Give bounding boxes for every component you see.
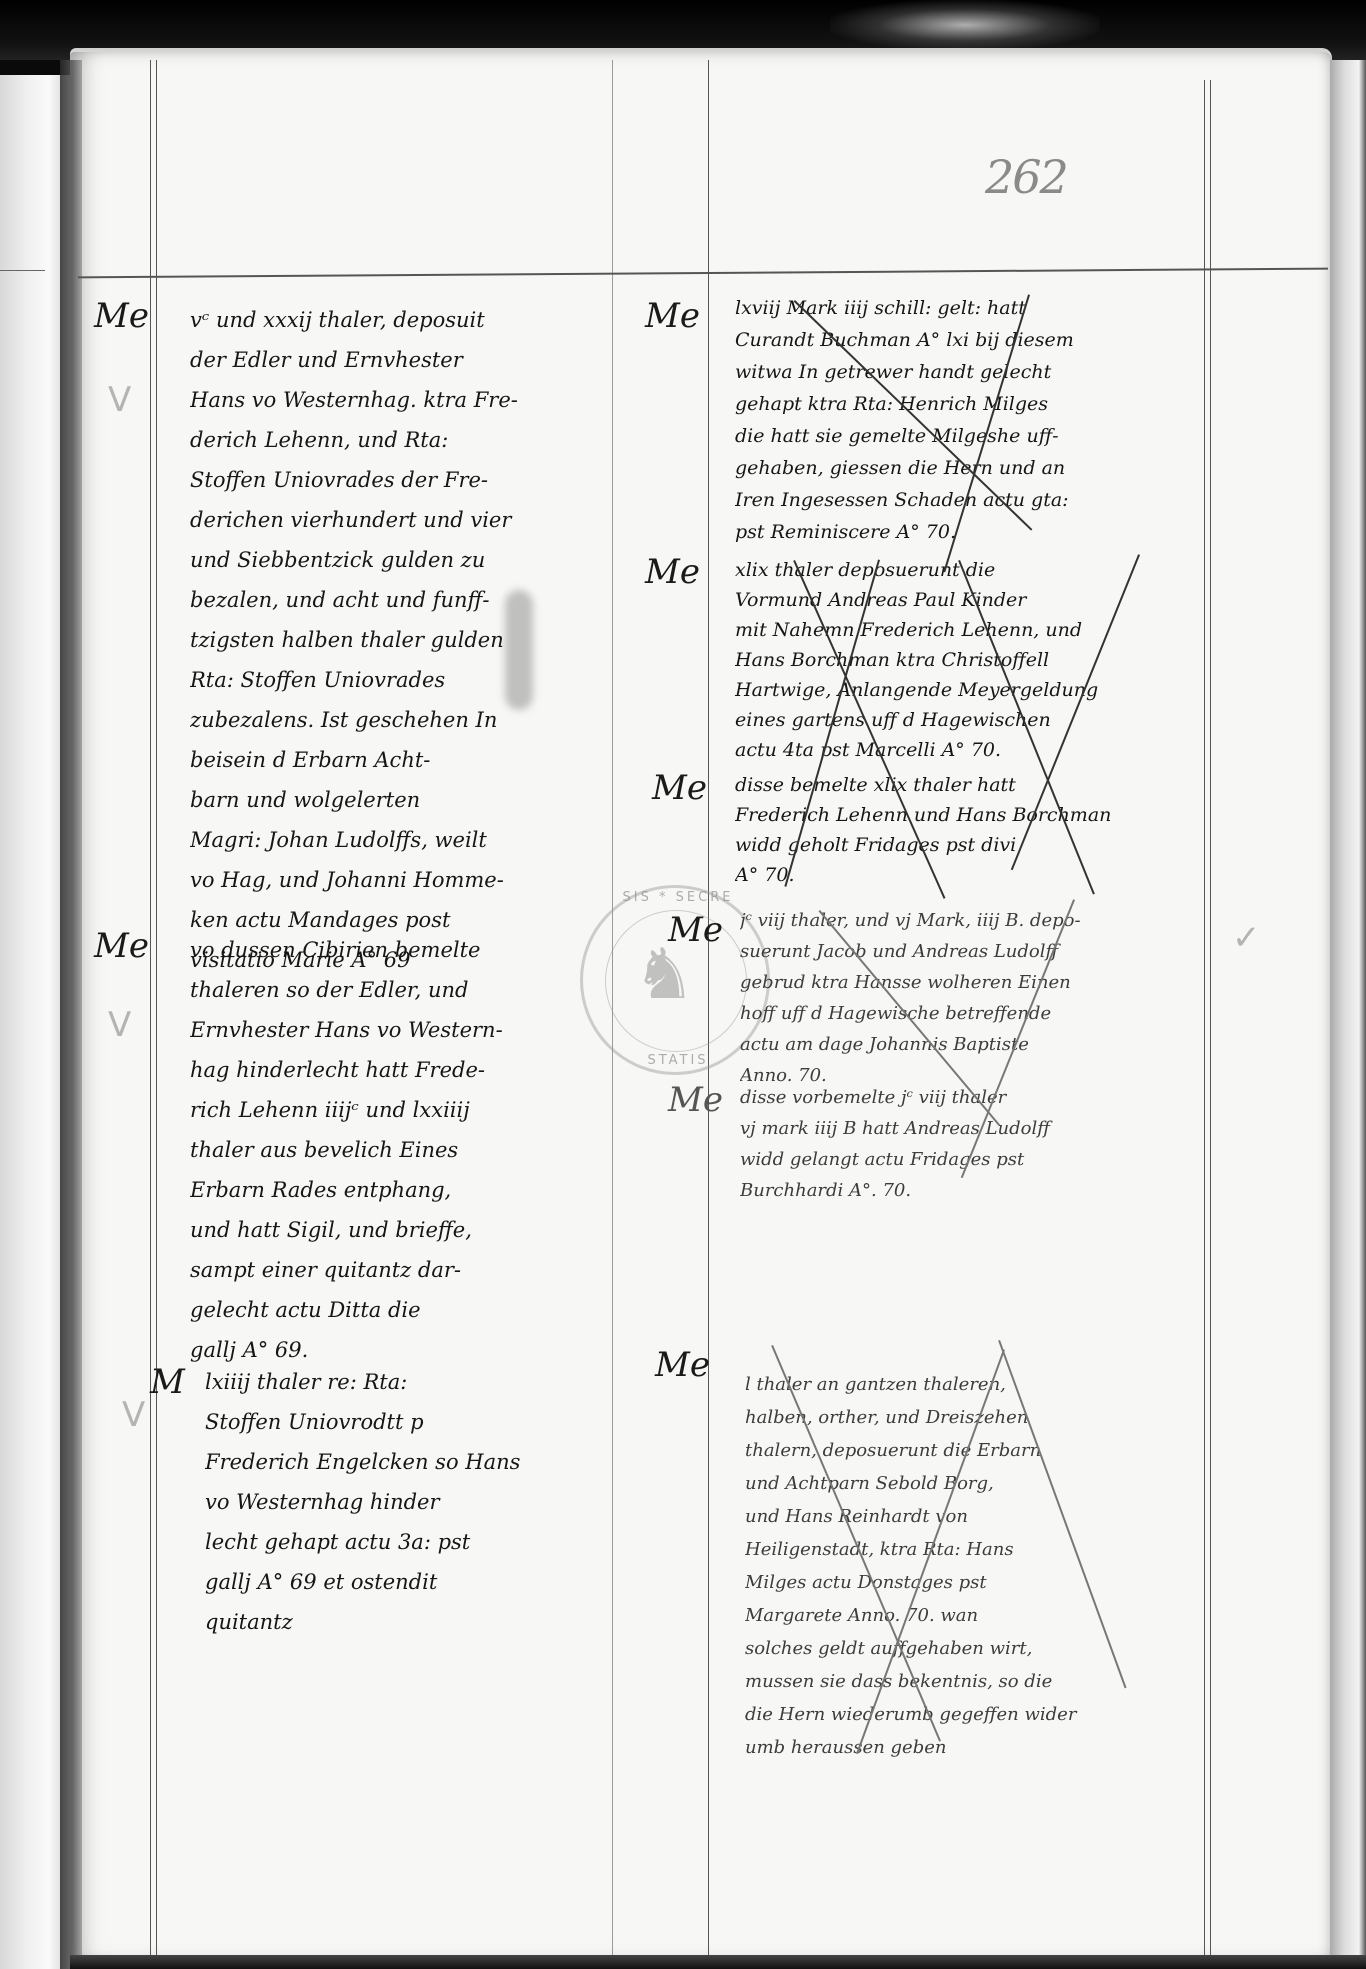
left-margin-rule-2 (156, 60, 157, 1955)
scanner-background-bottom (70, 1955, 1366, 1969)
margin-mark: M (150, 1362, 185, 1402)
seal-top-text: SIS * SECRE (593, 890, 763, 905)
previous-page-rule (0, 270, 45, 271)
seal-bottom-text: STATIS (593, 1053, 763, 1068)
document-scan: 262 SIS * SECRE ♞ STATIS Me V vᶜ und xxx… (0, 0, 1366, 1969)
check-mark-icon: V (108, 1005, 131, 1045)
margin-mark: Me (668, 1080, 723, 1120)
check-mark-icon: V (108, 380, 131, 420)
page-stack-right-edge (1330, 60, 1366, 1969)
margin-mark: Me (652, 768, 707, 808)
ledger-entry: vo dussen Cibirien bemelte thaleren so d… (190, 930, 615, 1370)
margin-mark: Me (668, 910, 723, 950)
check-mark-icon: ✓ (1232, 918, 1261, 958)
margin-mark: Me (645, 552, 700, 592)
ledger-entry-struck: lxviij Mark iiij schill: gelt: hatt Cura… (735, 292, 1200, 548)
right-margin-rule-2 (1210, 80, 1211, 1955)
margin-mark: Me (645, 296, 700, 336)
scanner-glare (830, 0, 1100, 50)
book-binding-gutter (60, 60, 82, 1969)
ledger-entry-struck: disse bemelte xlix thaler hatt Frederich… (735, 770, 1200, 890)
ledger-entry: vᶜ und xxxij thaler, deposuit der Edler … (190, 300, 615, 980)
check-mark-icon: V (122, 1395, 145, 1435)
margin-mark: Me (94, 296, 149, 336)
ledger-entry-struck: jᶜ viij thaler, und vj Mark, iiij B. dep… (740, 905, 1210, 1091)
ledger-entry: lxiiij thaler re: Rta: Stoffen Uniovrodt… (205, 1362, 620, 1642)
left-margin-rule-1 (150, 60, 151, 1955)
margin-mark: Me (94, 926, 149, 966)
folio-number: 262 (985, 150, 1067, 204)
margin-mark: Me (655, 1345, 710, 1385)
